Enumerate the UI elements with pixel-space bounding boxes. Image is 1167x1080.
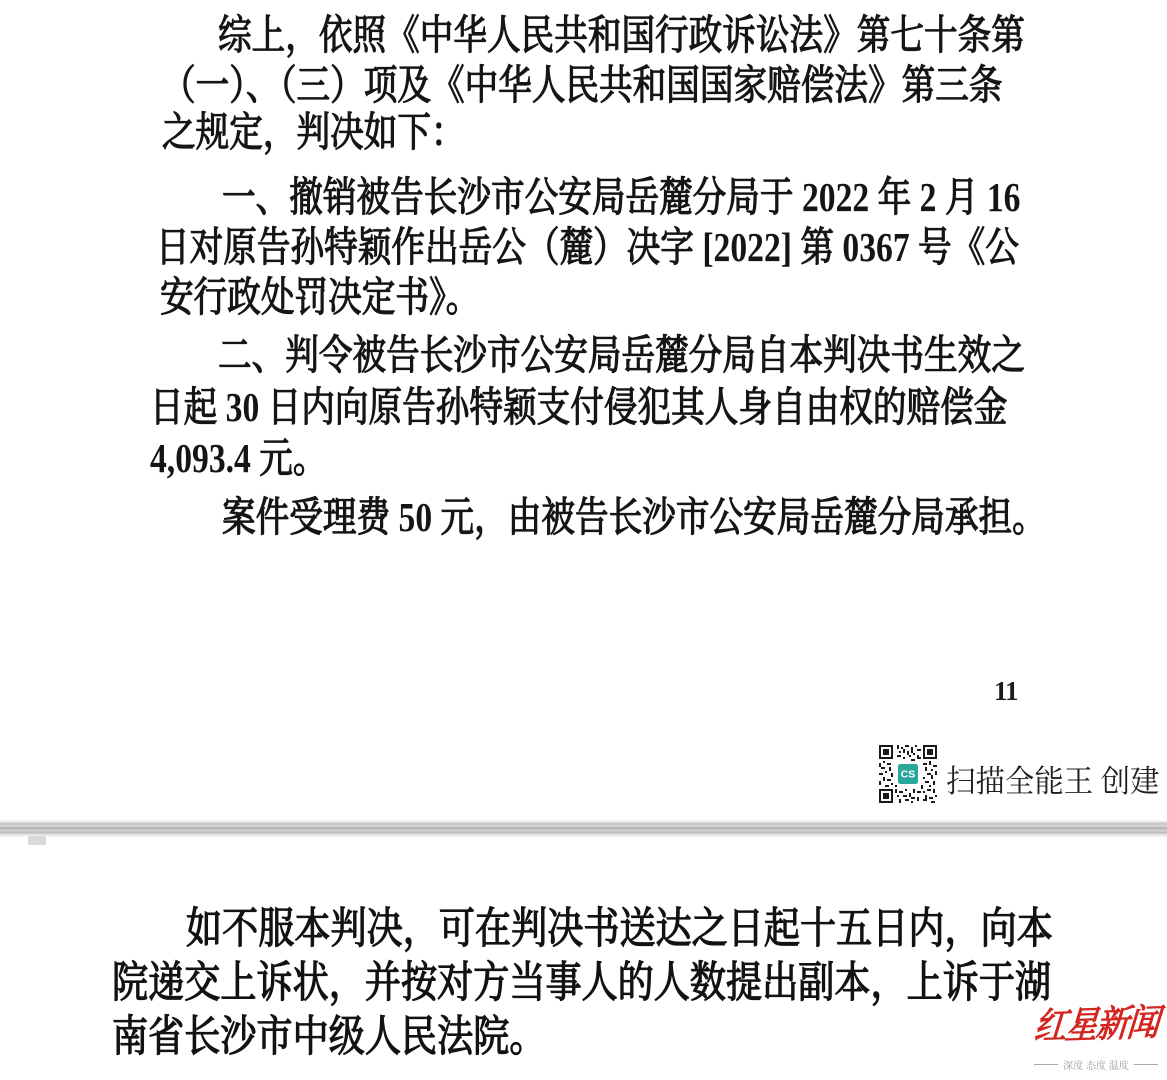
tagline-rule-right [1134,1064,1158,1065]
qr-center-label: CS [901,770,916,781]
redstar-news-logo: 红星新闻 [1032,996,1161,1056]
tagline-rule-left [1034,1064,1058,1065]
page-number: 11 [994,676,1018,707]
appeal-line: 如不服本判决，可在判决书送达之日起十五日内，向本 [186,908,1053,951]
judgment-line: 4,093.4 元。 [150,438,327,479]
appeal-line: 院递交上诉状，并按对方当事人的人数提出副本，上诉于湖 [112,962,1051,1005]
judgment-line: （一）、（三）项及《中华人民共和国国家赔偿法》第三条 [162,65,1003,106]
appeal-line: 南省长沙市中级人民法院。 [112,1016,545,1059]
page-divider [0,820,1167,837]
tagline-text: 深度 态度 温度 [1063,1057,1129,1072]
judgment-line: 之规定，判决如下： [162,112,465,153]
qr-code-icon: CS [879,745,937,803]
judgment-line: 一、撤销被告长沙市公安局岳麓分局于 2022 年 2 月 16 [222,177,1020,218]
scan-artifact [28,836,46,845]
judgment-line: 日对原告孙特颖作出岳公（麓）决字 [2022] 第 0367 号《公 [156,227,1019,268]
judgment-line: 二、判令被告长沙市公安局岳麓分局自本判决书生效之 [218,335,1025,376]
judgment-line: 日起 30 日内向原告孙特颖支付侵犯其人身自由权的赔偿金 [150,387,1007,428]
judgment-line: 综上，依照《中华人民共和国行政诉讼法》第七十条第 [218,15,1025,56]
camscanner-credit-text: 扫描全能王 创建 [946,756,1160,801]
redstar-news-tagline: 深度 态度 温度 [1026,1057,1166,1072]
scanned-judgment-document: 综上，依照《中华人民共和国行政诉讼法》第七十条第 （一）、（三）项及《中华人民共… [0,0,1167,1080]
judgment-line: 安行政处罚决定书》。 [160,277,479,318]
judgment-line: 案件受理费 50 元，由被告长沙市公安局岳麓分局承担。 [222,497,1046,538]
